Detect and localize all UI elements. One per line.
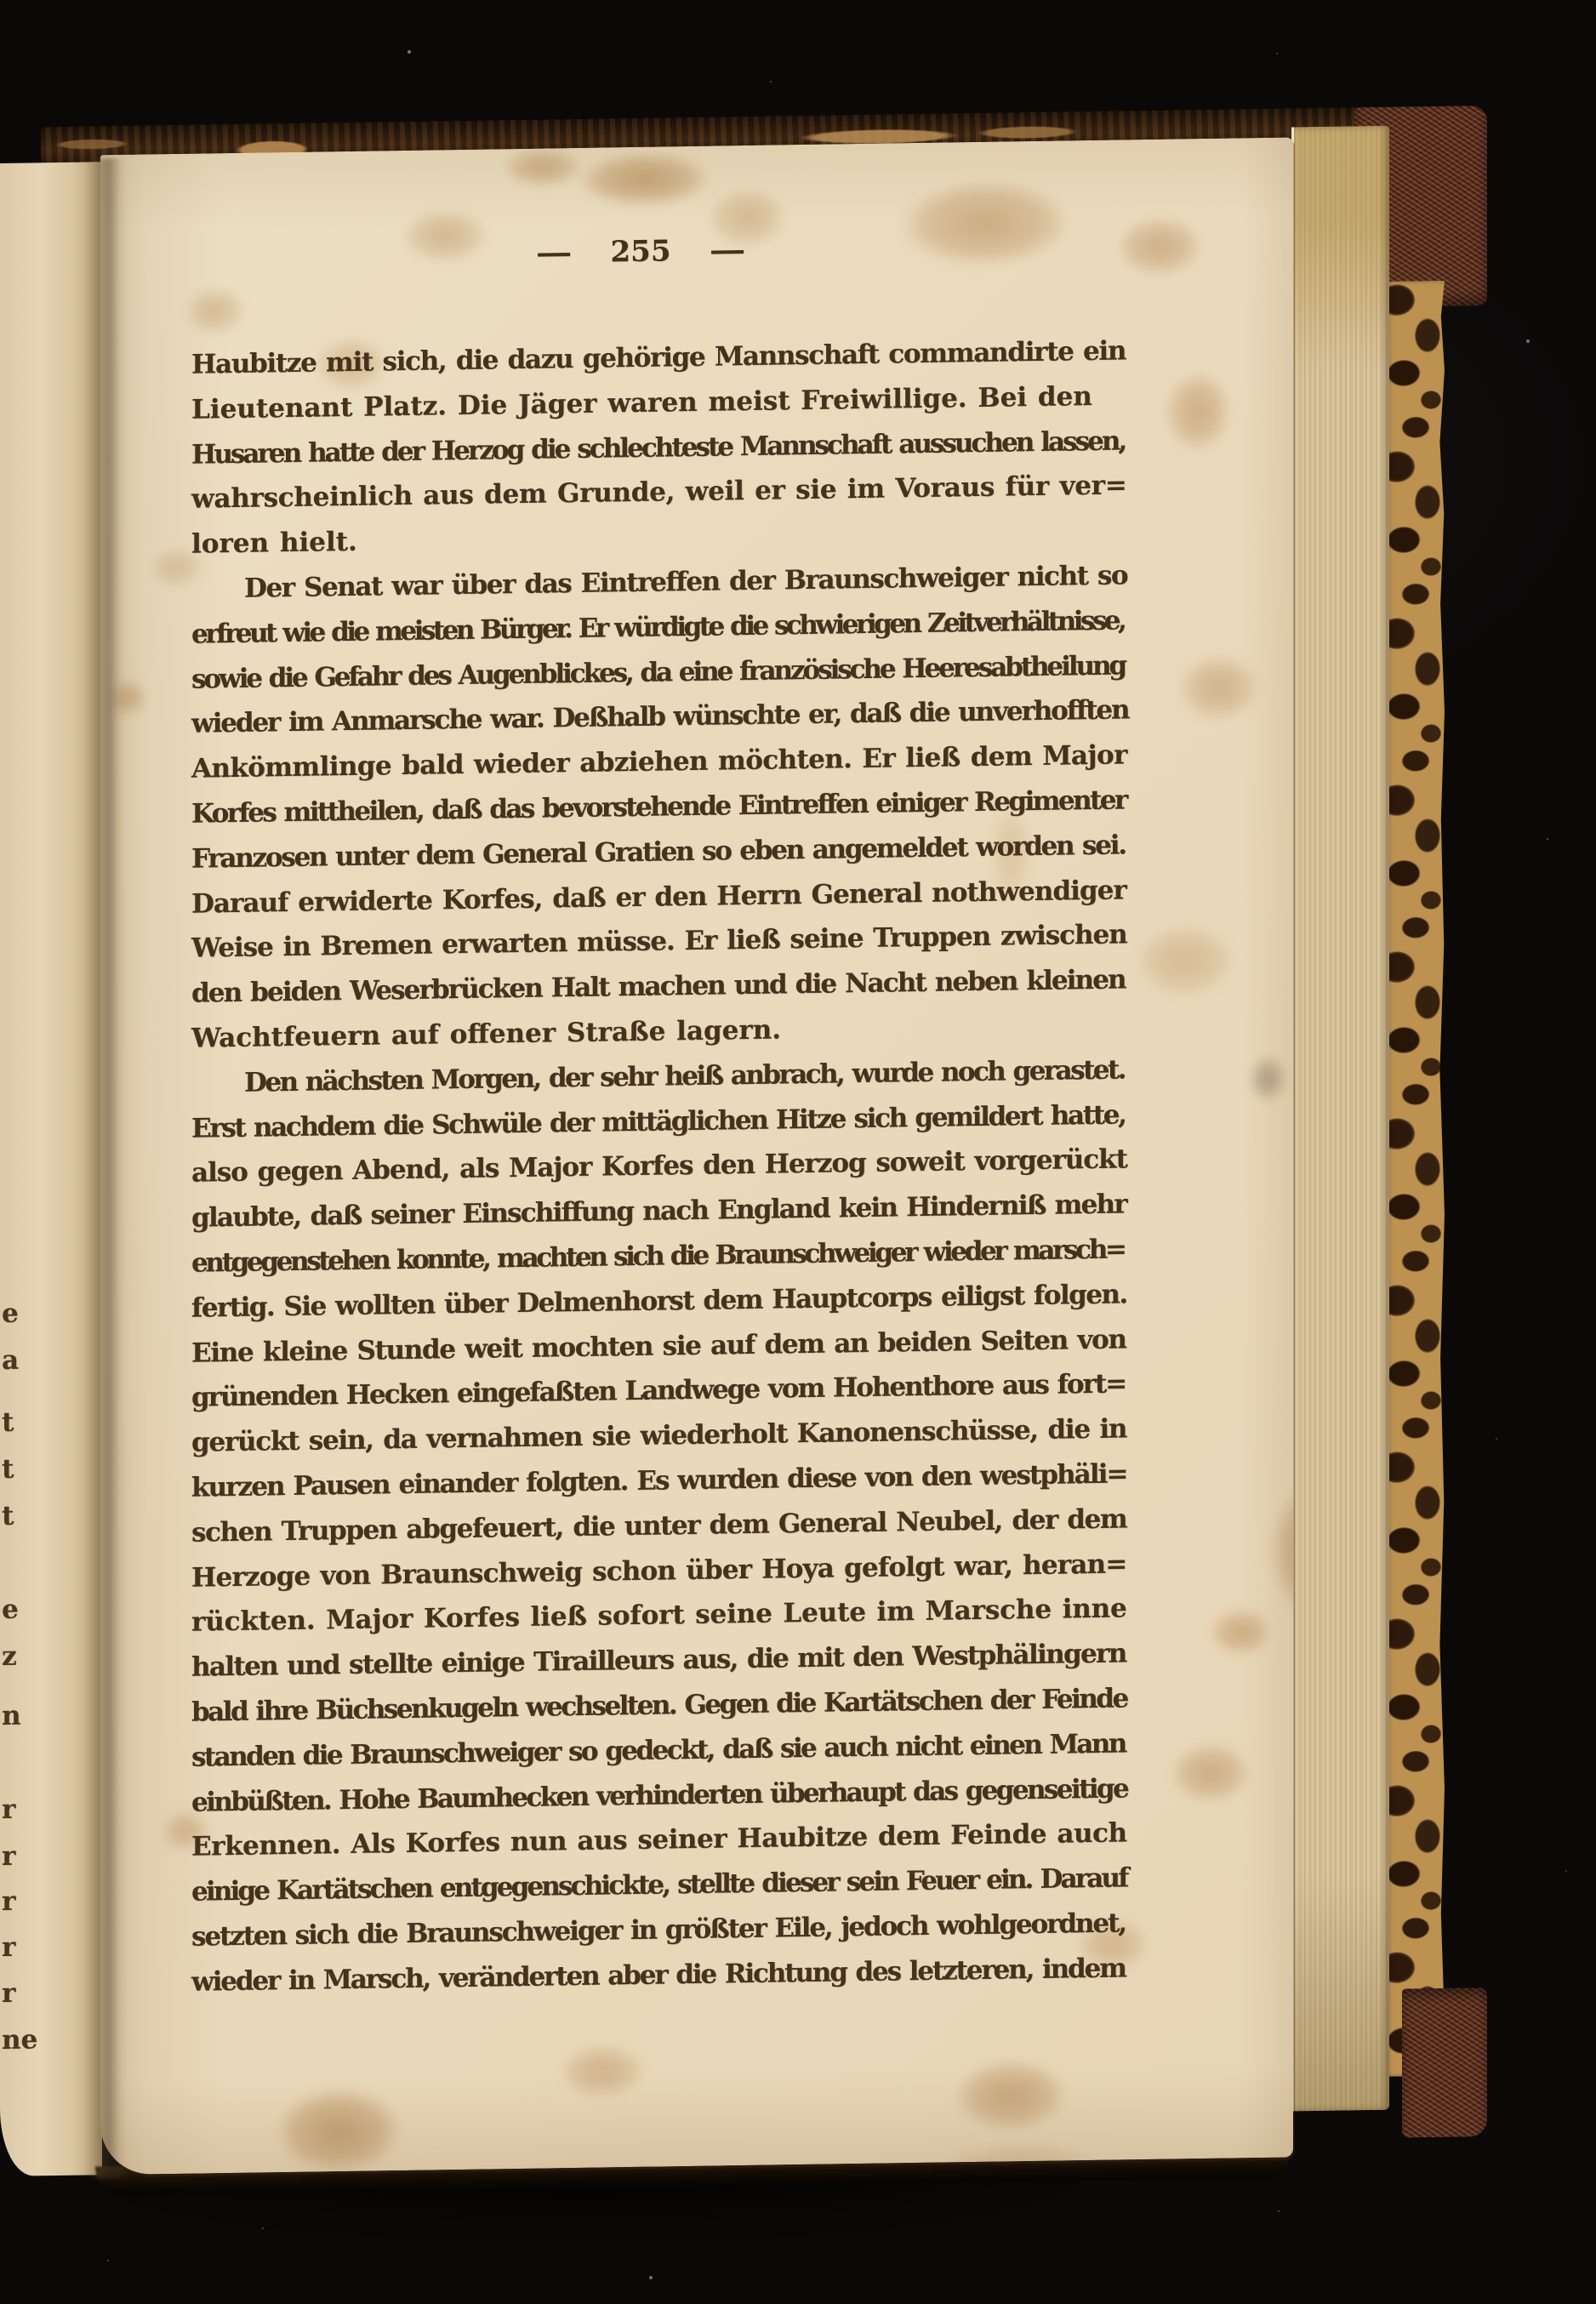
- text-line: Ankömmlinge bald wieder abziehen möchten…: [191, 737, 1127, 788]
- text-line: Franzosen unter dem General Gratien so e…: [191, 826, 1127, 877]
- fragment-glyph: t: [2, 1406, 14, 1440]
- fragment-glyph: r: [2, 1930, 15, 1965]
- text-line: fertig. Sie wollten über Delmenhorst dem…: [191, 1275, 1127, 1326]
- fragment-glyph: z: [2, 1640, 17, 1674]
- gutter-crease: [83, 158, 128, 2179]
- fore-edge-page-stack: [1291, 126, 1389, 2112]
- text-line: kurzen Pausen einander folgten. Es wurde…: [191, 1455, 1127, 1506]
- text-line: Darauf erwiderte Korfes, daß er den Herr…: [191, 871, 1127, 922]
- text-line: gerückt sein, da vernahmen sie wiederhol…: [191, 1411, 1127, 1462]
- fragment-glyph: n: [2, 1699, 21, 1733]
- scanned-book-page: eattteznrrrrrne — 255 — Haubitze mit sic…: [0, 0, 1596, 2304]
- text-line: also gegen Abend, als Major Korfes den H…: [191, 1141, 1127, 1192]
- book: eattteznrrrrrne — 255 — Haubitze mit sic…: [0, 106, 1497, 2212]
- text-line: Herzoge von Braunschweig schon über Hoya…: [191, 1545, 1127, 1596]
- text-line: Weise in Bremen erwarten müsse. Er ließ …: [191, 916, 1127, 967]
- text-line: grünenden Hecken eingefaßten Landwege vo…: [191, 1366, 1127, 1417]
- text-line: Korfes mittheilen, daß das bevorstehende…: [191, 781, 1127, 832]
- text-line: den beiden Weserbrücken Halt machen und …: [191, 961, 1127, 1012]
- text-line: Den nächsten Morgen, der sehr heiß anbra…: [191, 1051, 1127, 1102]
- fragment-glyph: a: [2, 1343, 19, 1377]
- text-line: Der Senat war über das Eintreffen der Br…: [191, 556, 1127, 607]
- text-line: loren hielt.: [191, 512, 1127, 563]
- text-line: erfreut wie die meisten Bürger. Er würdi…: [191, 602, 1127, 653]
- fragment-glyph: r: [2, 1885, 15, 1919]
- text-line: Wachtfeuern auf offener Straße lagern.: [191, 1006, 1127, 1057]
- text-block: Haubitze mit sich, die dazu gehörige Man…: [100, 137, 1293, 2175]
- cover-corner-leather-bottom: [1402, 1987, 1487, 2137]
- text-line: sowie die Gefahr des Augenblickes, da ei…: [191, 647, 1127, 698]
- text-line: Haubitze mit sich, die dazu gehörige Man…: [191, 332, 1127, 383]
- cover-marbled-edge: [1385, 281, 1445, 2077]
- text-line: schen Truppen abgefeuert, die unter dem …: [191, 1500, 1127, 1551]
- text-line: halten und stellte einige Tirailleurs au…: [191, 1635, 1127, 1686]
- dust-specks: [0, 0, 2, 2]
- text-line: einbüßten. Hohe Baumhecken verhinderten …: [191, 1770, 1127, 1821]
- text-line: Erst nachdem die Schwüle der mittägliche…: [191, 1096, 1127, 1147]
- text-line: wieder in Marsch, veränderten aber die R…: [191, 1949, 1127, 2000]
- fragment-glyph: e: [2, 1297, 19, 1331]
- fragment-glyph: r: [2, 1793, 15, 1827]
- text-line: Husaren hatte der Herzog die schlechtest…: [191, 422, 1127, 473]
- text-line: glaubte, daß seiner Einschiffung nach En…: [191, 1186, 1127, 1237]
- fragment-glyph: r: [2, 1839, 15, 1873]
- text-line: standen die Braunschweiger so gedeckt, d…: [191, 1725, 1127, 1776]
- fragment-glyph: r: [2, 1976, 15, 2010]
- fragment-glyph: t: [2, 1452, 14, 1486]
- page: — 255 — Haubitze mit sich, die dazu gehö…: [100, 137, 1293, 2175]
- fragment-glyph: t: [2, 1499, 14, 1533]
- text-line: Lieutenant Platz. Die Jäger waren meist …: [191, 377, 1127, 428]
- fragment-glyph: ne: [2, 2022, 37, 2057]
- text-line: wieder im Anmarsche war. Deßhalb wünscht…: [191, 692, 1127, 743]
- text-line: setzten sich die Braunschweiger in größt…: [191, 1904, 1127, 1955]
- text-line: bald ihre Büchsenkugeln wechselten. Gege…: [191, 1680, 1127, 1731]
- text-line: einige Kartätschen entgegenschickte, ste…: [191, 1860, 1127, 1911]
- text-line: rückten. Major Korfes ließ sofort seine …: [191, 1590, 1127, 1641]
- fragment-glyph: e: [2, 1593, 19, 1627]
- text-line: Erkennen. Als Korfes nun aus seiner Haub…: [191, 1815, 1127, 1866]
- text-line: wahrscheinlich aus dem Grunde, weil er s…: [191, 467, 1127, 518]
- text-line: entgegenstehen konnte, machten sich die …: [191, 1230, 1127, 1281]
- text-line: Eine kleine Stunde weit mochten sie auf …: [191, 1320, 1127, 1372]
